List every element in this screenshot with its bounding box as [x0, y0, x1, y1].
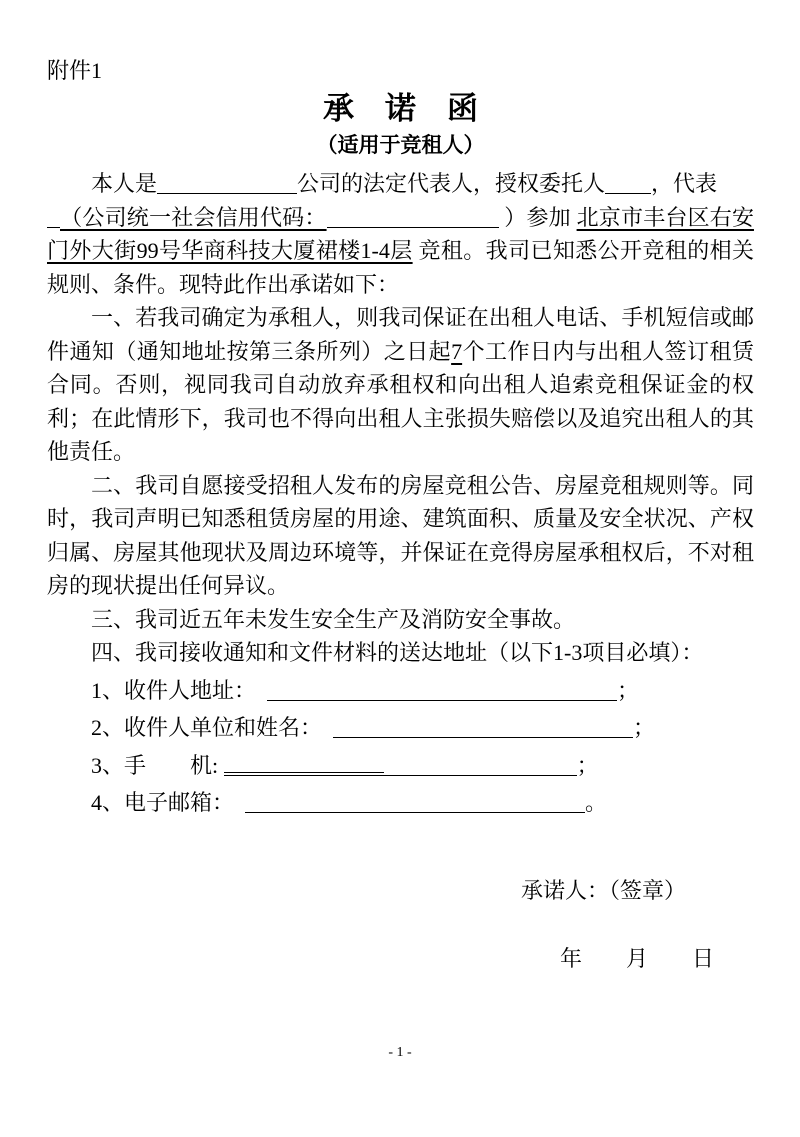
double-blank-line — [224, 750, 384, 776]
text-run: 三、我司近五年未发生安全生产及消防安全事故。 — [91, 607, 575, 632]
date-line: 年 月 日 — [560, 944, 714, 974]
paragraph: 一、若我司确定为承租人，则我司保证在出租人电话、手机短信或邮件通知（通知地址按第… — [47, 301, 754, 469]
text-run: 3、手 机: — [91, 753, 224, 778]
text-run: 二、我司自愿接受招租人发布的房屋竞租公告、房屋竞租规则等。同时，我司声明已知悉租… — [47, 473, 754, 599]
document-subtitle: （适用于竞租人） — [47, 130, 754, 160]
text-run: ； — [577, 753, 599, 778]
blank-line — [327, 205, 499, 228]
underlined-text: 7 — [451, 339, 462, 364]
underlined-text: （公司统一社会信用代码： — [60, 205, 327, 230]
signature-line: 承诺人：（签章） — [521, 876, 686, 906]
text-run: 4、电子邮箱： — [91, 790, 245, 815]
paragraph: 四、我司接收通知和文件材料的送达地址（以下1-3项目必填）： — [47, 636, 754, 670]
text-run: 2、收件人单位和姓名： — [91, 715, 333, 740]
paragraph: 二、我司自愿接受招租人发布的房屋竞租公告、房屋竞租规则等。同时，我司声明已知悉租… — [47, 469, 754, 603]
document-page: 附件1 承 诺 函 （适用于竞租人） 本人是公司的法定代表人，授权委托人，代表（… — [0, 0, 800, 1137]
page-number: - 1 - — [0, 1044, 800, 1062]
text-run: ）参加 — [499, 205, 577, 230]
paragraph: 4、电子邮箱： 。 — [47, 786, 754, 820]
blank-line — [245, 790, 585, 813]
text-run: 。 — [585, 790, 607, 815]
paragraph: 三、我司近五年未发生安全生产及消防安全事故。 — [47, 603, 754, 637]
paragraph: 3、手 机: ； — [47, 749, 754, 783]
text-run: 公司的法定代表人，授权委托人 — [297, 171, 605, 196]
document-title: 承 诺 函 — [47, 88, 754, 130]
blank-line — [333, 715, 633, 738]
blank-line — [384, 753, 577, 776]
text-run: 四、我司接收通知和文件材料的送达地址（以下1-3项目必填）： — [91, 640, 703, 665]
paragraph: 2、收件人单位和姓名： ； — [47, 711, 754, 745]
text-run: ； — [633, 715, 655, 740]
attachment-label: 附件1 — [47, 56, 754, 86]
text-run: 1、收件人地址： — [91, 678, 267, 703]
blank-line — [47, 205, 60, 228]
document-body: 本人是公司的法定代表人，授权委托人，代表（公司统一社会信用代码： ）参加 北京市… — [47, 167, 754, 820]
blank-line — [157, 171, 297, 194]
paragraph: 1、收件人地址： ； — [47, 674, 754, 708]
paragraph: 本人是公司的法定代表人，授权委托人，代表（公司统一社会信用代码： ）参加 北京市… — [47, 167, 754, 301]
text-run: ，代表 — [651, 171, 717, 196]
text-run: 本人是 — [91, 171, 157, 196]
blank-line — [267, 678, 617, 701]
text-run: ； — [617, 678, 639, 703]
blank-line — [605, 171, 651, 194]
